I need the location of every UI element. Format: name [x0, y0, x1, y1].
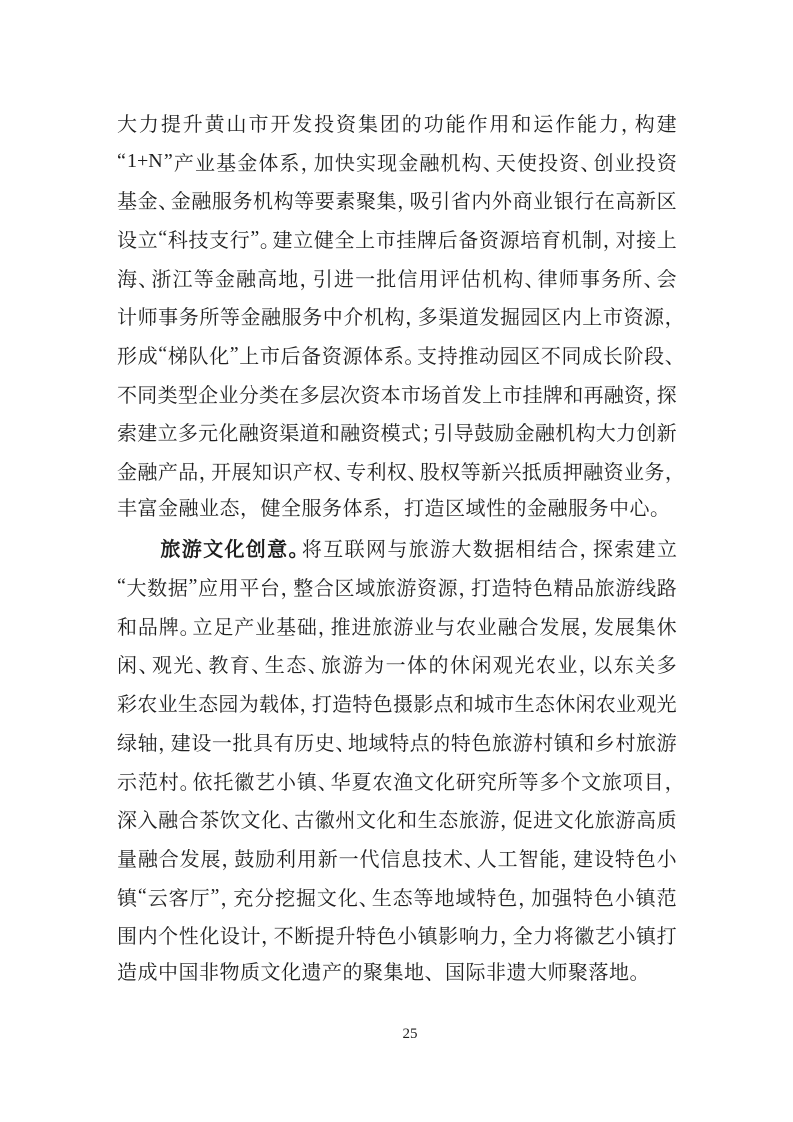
punctuation: ，	[318, 611, 330, 640]
cjk-char: 系	[280, 147, 300, 176]
cjk-char: 同	[137, 379, 157, 408]
text-line: 示范村。依托徽艺小镇、华夏农渔文化研究所等多个文旅项目，	[117, 761, 677, 800]
cjk-char: 山	[227, 108, 247, 137]
cjk-char: 意	[267, 533, 287, 562]
text-line: 深入融合茶饮文化、古徽州文化和生态旅游，促进文化旅游高质	[117, 799, 677, 838]
cjk-char: 兴	[501, 456, 521, 485]
cjk-char: 发	[180, 843, 200, 872]
cjk-char: 多	[178, 417, 198, 446]
punctuation: 、	[195, 649, 207, 678]
cjk-char: 华	[331, 766, 351, 795]
cjk-char: 与	[387, 533, 407, 562]
cjk-char: 园	[218, 688, 238, 717]
cjk-char: 律	[538, 263, 558, 292]
cjk-char: 农	[536, 649, 556, 678]
cjk-char: 茶	[199, 804, 219, 833]
cjk-char: 合	[159, 843, 179, 872]
cjk-char: 权	[313, 456, 333, 485]
cjk-char: 人	[477, 843, 497, 872]
cjk-char: 接	[636, 224, 656, 253]
cjk-char: 企	[198, 379, 218, 408]
cjk-char: 作	[468, 108, 488, 137]
cjk-char: 化	[261, 804, 281, 833]
cjk-char: 游	[182, 533, 202, 562]
cjk-char: 游	[657, 727, 677, 756]
cjk-char: 托	[213, 766, 233, 795]
cjk-char: 力	[616, 417, 636, 446]
cjk-char: 徽	[315, 804, 335, 833]
punctuation: 、	[335, 727, 347, 756]
cjk-char: 资	[623, 301, 643, 330]
cjk-char: 特	[615, 843, 635, 872]
punctuation: 、	[464, 843, 476, 872]
cjk-char: 小	[397, 920, 417, 949]
cjk-char: 文	[317, 882, 337, 911]
cjk-char: 渠	[279, 417, 299, 446]
cjk-char: 充	[233, 882, 253, 911]
punctuation: ，	[397, 185, 409, 214]
cjk-char: 等	[519, 766, 539, 795]
cjk-char: 市	[502, 379, 522, 408]
cjk-char: 镇	[117, 882, 137, 911]
cjk-char: 提	[161, 108, 181, 137]
cjk-char: 融	[340, 417, 360, 446]
cjk-char: 上	[239, 340, 259, 369]
cjk-char: 机	[253, 185, 273, 214]
cjk-char: 使	[517, 147, 537, 176]
cjk-char: 上	[582, 301, 602, 330]
cjk-char: 多	[539, 766, 559, 795]
cjk-char: 点	[410, 727, 430, 756]
cjk-char: 资	[360, 417, 380, 446]
punctuation: 。	[260, 224, 272, 253]
cjk-char: 资	[360, 379, 380, 408]
cjk-char: 业	[557, 649, 577, 678]
cjk-char: 区	[334, 572, 354, 601]
cjk-char: 小	[276, 766, 296, 795]
cjk-char: 批	[376, 263, 396, 292]
cjk-char: 估	[461, 263, 481, 292]
cjk-char: 有	[274, 727, 294, 756]
cjk-char: 客	[169, 882, 189, 911]
cjk-char: 本	[381, 379, 401, 408]
quote-mark: ”	[250, 227, 259, 250]
cjk-char: 素	[335, 185, 355, 214]
punctuation: ，	[220, 882, 232, 911]
cjk-char: 不	[541, 340, 561, 369]
cjk-char: 投	[314, 108, 334, 137]
cjk-char: 游	[615, 804, 635, 833]
cjk-char: 能	[539, 843, 559, 872]
cjk-char: 发	[479, 301, 499, 330]
cjk-char: 质	[657, 804, 677, 833]
cjk-char: 光	[514, 649, 534, 678]
cjk-char: 集	[636, 611, 656, 640]
cjk-char: 整	[293, 572, 313, 601]
cjk-char: 中	[323, 301, 343, 330]
cjk-char: 吸	[410, 185, 430, 214]
punctuation: ，	[665, 456, 677, 485]
cjk-char: 性	[179, 920, 199, 949]
cjk-char: 夏	[352, 766, 372, 795]
cjk-char: 足	[213, 611, 233, 640]
cjk-char: 探	[593, 533, 613, 562]
cjk-char: 文	[581, 766, 601, 795]
cjk-char: 旅	[321, 649, 341, 678]
cjk-char: 影	[413, 688, 433, 717]
cjk-char: 产	[158, 456, 178, 485]
punctuation: 、	[251, 649, 263, 678]
cjk-char: 休	[450, 649, 470, 678]
cjk-char: 镇	[418, 920, 438, 949]
punctuation: ，	[581, 611, 593, 640]
cjk-char: 生	[418, 804, 438, 833]
cjk-char: 同	[562, 340, 582, 369]
cjk-char: 能	[446, 108, 466, 137]
cjk-char: 建	[636, 533, 656, 562]
cjk-char: 农	[456, 611, 476, 640]
cjk-char: 构	[575, 417, 595, 446]
cjk-char: 后	[281, 340, 301, 369]
punctuation: 、	[643, 263, 655, 292]
punctuation: 、	[138, 263, 150, 292]
document-page: { "page": { "background_color": "#ffffff…	[0, 0, 793, 1122]
cjk-char: 个	[560, 766, 580, 795]
text-body: 大力提升黄山市开发投资集团的功能作用和运作能力，构建“1+N”产业基金体系，加快…	[117, 103, 677, 993]
cjk-char: 实	[356, 147, 376, 176]
cjk-char: 区	[541, 301, 561, 330]
cjk-char: 旅	[602, 766, 622, 795]
cjk-char: 立	[193, 611, 213, 640]
cjk-char: 范	[138, 766, 158, 795]
latin-run: 1+N	[127, 150, 163, 173]
cjk-char: 力	[479, 920, 499, 949]
text-line: 金融产品，开展知识产权、专利权、股权等新兴抵质押融资业务，	[117, 451, 677, 490]
cjk-char: 鼓	[474, 417, 494, 446]
cjk-char: 体	[258, 147, 278, 176]
text-line: 形成“梯队化”上市后备资源体系。支持推动园区不同成长阶段、	[117, 335, 677, 374]
cjk-char: 和	[397, 804, 417, 833]
cjk-char: 发	[462, 379, 482, 408]
cjk-char: 投	[636, 147, 656, 176]
cjk-char: 地	[434, 882, 454, 911]
cjk-char: 艺	[595, 920, 615, 949]
cjk-char: 上	[355, 224, 375, 253]
cjk-char: 游	[343, 649, 363, 678]
cjk-char: 小	[657, 843, 677, 872]
cjk-char: 大	[596, 417, 616, 446]
cjk-char: 道	[459, 301, 479, 330]
cjk-char: 股	[420, 456, 440, 485]
cjk-char: 代	[360, 843, 380, 872]
cjk-char: 数	[473, 533, 493, 562]
cjk-char: 旅	[409, 533, 429, 562]
cjk-char: 村	[615, 727, 635, 756]
cjk-char: 式	[401, 417, 421, 446]
cjk-char: 体	[363, 340, 383, 369]
cjk-char: 文	[203, 533, 223, 562]
text-line: 海、浙江等金融高地，引进一批信用评估机构、律师事务所、会	[117, 258, 677, 297]
cjk-char: 力	[599, 108, 619, 137]
cjk-char: 后	[438, 224, 458, 253]
cjk-char: 目	[644, 766, 664, 795]
cjk-char: 发	[594, 611, 614, 640]
cjk-char: 上	[482, 379, 502, 408]
cjk-char: 现	[377, 147, 397, 176]
cjk-char: 影	[438, 920, 458, 949]
cjk-char: 和	[454, 688, 474, 717]
cjk-char: 分	[239, 379, 259, 408]
cjk-char: 域	[355, 572, 375, 601]
cjk-char: 业	[255, 611, 275, 640]
cjk-char: 育	[541, 224, 561, 253]
punctuation: ，	[158, 727, 170, 756]
cjk-char: 设	[191, 727, 211, 756]
cjk-char: 旅	[595, 572, 615, 601]
cjk-char: 要	[315, 185, 335, 214]
cjk-char: 示	[117, 766, 137, 795]
cjk-char: 和	[511, 108, 531, 137]
cjk-char: 建	[573, 843, 593, 872]
text-line: 和品牌。立足产业基础，推进旅游业与农业融合发展，发展集休	[117, 606, 677, 645]
cjk-char: 索	[117, 417, 137, 446]
cjk-char: 文	[554, 804, 574, 833]
punctuation: 、	[483, 147, 495, 176]
cjk-char: 机	[555, 417, 575, 446]
cjk-char: 为	[364, 649, 384, 678]
punctuation: ，	[300, 688, 312, 717]
cjk-char: 提	[315, 920, 335, 949]
cjk-char: 态	[438, 804, 458, 833]
cjk-char: 旅	[372, 611, 392, 640]
text-line: 造成中国非物质文化遗产的聚集地、国际非遗大师聚落地。	[117, 954, 677, 993]
cjk-char: 金	[237, 147, 257, 176]
text-line: 围内个性化设计，不断提升特色小镇影响力，全力将徽艺小镇打	[117, 915, 677, 954]
cjk-char: 梯	[168, 340, 188, 369]
cjk-char: 推	[458, 340, 478, 369]
cjk-char: 构	[503, 263, 523, 292]
cjk-char: 业	[158, 688, 178, 717]
cjk-char: 构	[635, 108, 655, 137]
punctuation: ，	[500, 804, 512, 833]
cjk-char: 市	[248, 108, 268, 137]
cjk-char: 资	[259, 417, 279, 446]
cjk-char: 不	[117, 379, 137, 408]
cjk-char: 首	[442, 379, 462, 408]
cjk-char: 形	[117, 340, 137, 369]
cjk-char: 研	[456, 766, 476, 795]
punctuation: 。	[180, 766, 192, 795]
quote-mark: “	[138, 885, 147, 908]
cjk-char: 融	[137, 456, 157, 485]
cjk-char: 立	[657, 533, 677, 562]
quote-mark: ”	[188, 575, 197, 598]
cjk-char: 平	[239, 572, 259, 601]
cjk-char: 源	[644, 301, 664, 330]
cjk-char: 业	[414, 611, 434, 640]
cjk-char: 内	[138, 920, 158, 949]
cjk-char: 集	[358, 108, 378, 137]
cjk-char: 一	[212, 727, 232, 756]
cjk-char: 加	[314, 147, 334, 176]
cjk-char: 游	[396, 572, 416, 601]
cjk-char: 所	[498, 766, 518, 795]
punctuation: ，	[199, 456, 211, 485]
cjk-char: 业	[477, 611, 497, 640]
punctuation: ，	[281, 572, 293, 601]
quote-mark: “	[158, 343, 167, 366]
cjk-char: 以	[592, 649, 612, 678]
cjk-char: 励	[255, 843, 275, 872]
cjk-char: 立	[138, 224, 158, 253]
cjk-char: 生	[178, 688, 198, 717]
cjk-char: 围	[117, 920, 137, 949]
cjk-char: 台	[260, 572, 280, 601]
cjk-char: 融	[604, 379, 624, 408]
cjk-char: 类	[259, 379, 279, 408]
cjk-char: 基	[216, 147, 236, 176]
text-line: 闲、观光、教育、生态、旅游为一体的休闲观光农业，以东关多	[117, 645, 677, 684]
quote-mark: ”	[164, 150, 173, 173]
cjk-char: 展	[201, 843, 221, 872]
cjk-char: 多	[418, 301, 438, 330]
cjk-char: 所	[199, 301, 219, 330]
cjk-char: 打	[312, 688, 332, 717]
cjk-char: 资	[624, 379, 644, 408]
cjk-char: 生	[265, 649, 285, 678]
punctuation: ，	[603, 224, 615, 253]
cjk-char: 励	[494, 417, 514, 446]
cjk-char: 建	[657, 108, 677, 137]
cjk-char: 历	[294, 727, 314, 756]
cjk-char: 支	[209, 224, 229, 253]
cjk-char: 打	[657, 920, 677, 949]
cjk-char: 范	[657, 882, 677, 911]
punctuation: ，	[221, 843, 233, 872]
cjk-char: 用	[489, 108, 509, 137]
cjk-char: 融	[138, 843, 158, 872]
cjk-char: 品	[138, 611, 158, 640]
cjk-char: 化	[435, 766, 455, 795]
cjk-char: 类	[158, 379, 178, 408]
cjk-char: 展	[232, 456, 252, 485]
cjk-char: 光	[173, 649, 193, 678]
cjk-char: 大	[451, 533, 471, 562]
cjk-char: 高	[257, 263, 277, 292]
cjk-char: 外	[492, 185, 512, 214]
cjk-char: 力	[139, 108, 159, 137]
cjk-char: 技	[188, 224, 208, 253]
punctuation: 、	[524, 263, 536, 292]
cjk-char: 批	[232, 727, 252, 756]
cjk-char: 全	[513, 920, 533, 949]
cjk-char: 资	[336, 108, 356, 137]
cjk-char: 商	[513, 185, 533, 214]
cjk-char: 文	[240, 804, 260, 833]
cjk-char: 资	[417, 572, 437, 601]
cjk-char: 进	[352, 611, 372, 640]
cjk-char: 特	[573, 882, 593, 911]
cjk-char: 相	[515, 533, 535, 562]
cjk-char: 文	[414, 766, 434, 795]
cjk-char: 引	[434, 417, 454, 446]
cjk-char: 将	[554, 920, 574, 949]
cjk-char: 新	[636, 185, 656, 214]
cjk-char: 游	[430, 533, 450, 562]
cjk-char: 天	[496, 147, 516, 176]
cjk-char: 线	[636, 572, 656, 601]
cjk-char: 开	[211, 456, 231, 485]
cjk-char: 休	[555, 688, 575, 717]
cjk-char: 融	[191, 185, 211, 214]
punctuation: 、	[138, 649, 150, 678]
cjk-char: 路	[657, 572, 677, 601]
cjk-char: 具	[253, 727, 273, 756]
cjk-char: 小	[615, 882, 635, 911]
cjk-char: 利	[366, 456, 386, 485]
cjk-char: 项	[623, 766, 643, 795]
cjk-char: 态	[286, 649, 306, 678]
quote-mark: “	[117, 150, 126, 173]
punctuation: ；	[421, 417, 433, 446]
cjk-char: 和	[320, 417, 340, 446]
cjk-char: 构	[462, 147, 482, 176]
cjk-char: 展	[560, 611, 580, 640]
cjk-char: 渠	[438, 301, 458, 330]
cjk-char: 押	[563, 456, 583, 485]
cjk-char: 用	[419, 263, 439, 292]
cjk-char: 育	[230, 649, 250, 678]
cjk-char: 为	[239, 688, 259, 717]
punctuation: ，	[300, 263, 312, 292]
cjk-char: 引	[313, 263, 333, 292]
cjk-char: 态	[535, 688, 555, 717]
cjk-char: 立	[158, 417, 178, 446]
cjk-char: 响	[459, 920, 479, 949]
cjk-char: 金	[215, 263, 235, 292]
cjk-char: 融	[583, 456, 603, 485]
cjk-char: 浙	[151, 263, 171, 292]
cjk-char: 进	[334, 263, 354, 292]
cjk-char: 础	[297, 611, 317, 640]
cjk-char: 快	[335, 147, 355, 176]
cjk-char: 支	[417, 340, 437, 369]
cjk-char: 色	[471, 727, 491, 756]
cjk-char: 据	[168, 572, 188, 601]
cjk-char: 色	[377, 920, 397, 949]
cjk-char: 设	[220, 920, 240, 949]
cjk-char: 饮	[220, 804, 240, 833]
cjk-char: 色	[594, 882, 614, 911]
punctuation: 、	[318, 766, 330, 795]
cjk-char: 用	[297, 843, 317, 872]
cjk-char: 色	[533, 572, 553, 601]
cjk-char: 探	[657, 379, 677, 408]
cjk-char: 权	[387, 456, 407, 485]
cjk-char: 导	[454, 417, 474, 446]
cjk-char: 闲	[575, 688, 595, 717]
cjk-char: 造	[332, 688, 352, 717]
cjk-char: 设	[117, 224, 137, 253]
cjk-char: 市	[401, 379, 421, 408]
cjk-char: 业	[615, 147, 635, 176]
text-line: 计师事务所等金融服务中介机构，多渠道发掘园区内上市资源，	[117, 296, 677, 335]
cjk-char: 全	[334, 224, 354, 253]
cjk-char: 建	[137, 417, 157, 446]
cjk-char: 权	[440, 456, 460, 485]
cjk-char: 金	[138, 185, 158, 214]
cjk-char: 制	[582, 224, 602, 253]
